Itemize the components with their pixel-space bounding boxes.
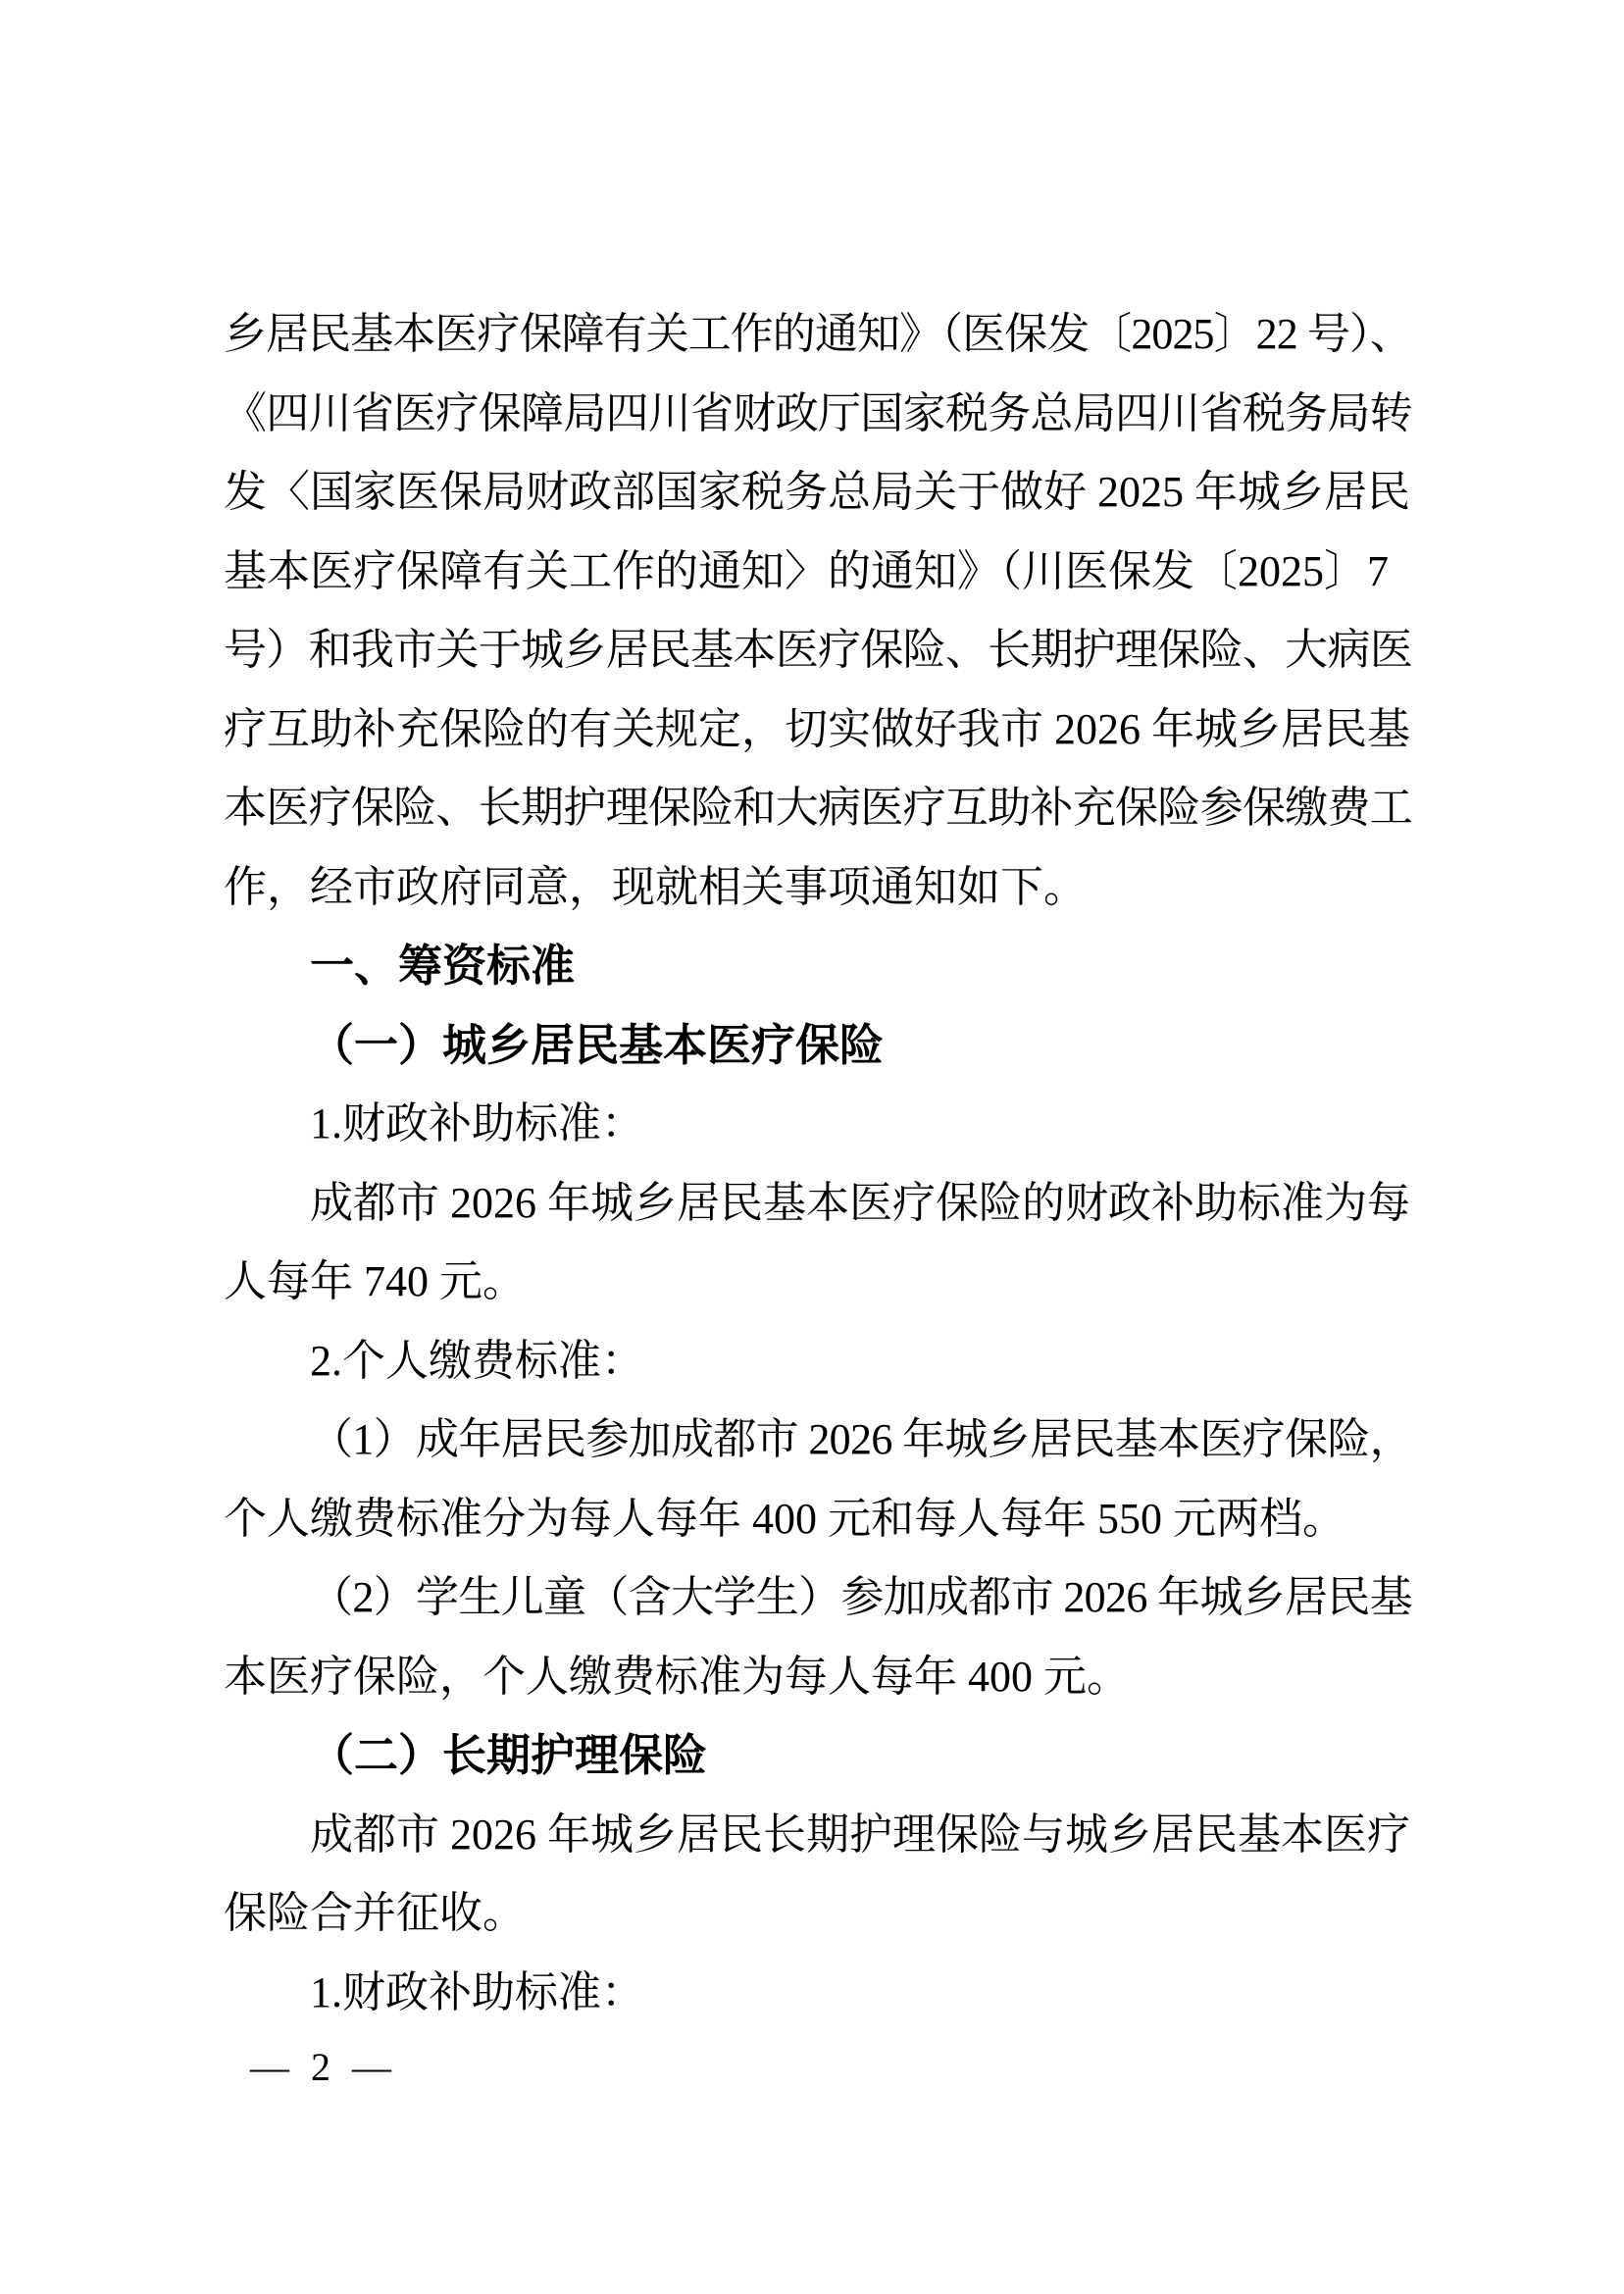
body-line: 保险合并征收。: [224, 1874, 1412, 1954]
subsection-heading-longterm-care: （二）长期护理保险: [224, 1716, 1412, 1796]
body-line: 《四川省医疗保障局四川省财政厅国家税务总局四川省税务局转: [224, 375, 1412, 454]
body-line: 个人缴费标准分为每人每年 400 元和每人每年 550 元两档。: [224, 1480, 1412, 1559]
body-line: 成都市 2026 年城乡居民长期护理保险与城乡居民基本医疗: [224, 1796, 1412, 1875]
body-line: 1.财政补助标准：: [224, 1954, 1412, 2033]
page-content: 乡居民基本医疗保障有关工作的通知》（医保发〔2025〕22 号）、 《四川省医疗…: [224, 295, 1412, 2032]
body-line: 人每年 740 元。: [224, 1243, 1412, 1322]
body-line: 号）和我市关于城乡居民基本医疗保险、长期护理保险、大病医: [224, 611, 1412, 690]
page-number: — 2 —: [250, 2045, 397, 2089]
body-line: （1）成年居民参加成都市 2026 年城乡居民基本医疗保险，: [224, 1401, 1412, 1480]
body-line: 发〈国家医保局财政部国家税务总局关于做好 2025 年城乡居民: [224, 453, 1412, 533]
section-heading-funding: 一、筹资标准: [224, 927, 1412, 1006]
body-line: 成都市 2026 年城乡居民基本医疗保险的财政补助标准为每: [224, 1164, 1412, 1244]
body-line: 基本医疗保障有关工作的通知〉的通知》（川医保发〔2025〕7: [224, 533, 1412, 612]
body-line: 乡居民基本医疗保障有关工作的通知》（医保发〔2025〕22 号）、: [224, 295, 1412, 375]
page-footer: — 2 —: [250, 2040, 397, 2095]
document-page: 乡居民基本医疗保障有关工作的通知》（医保发〔2025〕22 号）、 《四川省医疗…: [0, 0, 1624, 2294]
body-line: 2.个人缴费标准：: [224, 1322, 1412, 1402]
body-line: 1.财政补助标准：: [224, 1085, 1412, 1164]
subsection-heading-basic-medical: （一）城乡居民基本医疗保险: [224, 1006, 1412, 1086]
body-line: （2）学生儿童（含大学生）参加成都市 2026 年城乡居民基: [224, 1558, 1412, 1638]
body-line: 作，经市政府同意，现就相关事项通知如下。: [224, 848, 1412, 928]
body-line: 本医疗保险，个人缴费标准为每人每年 400 元。: [224, 1638, 1412, 1717]
body-line: 疗互助补充保险的有关规定，切实做好我市 2026 年城乡居民基: [224, 690, 1412, 770]
body-line: 本医疗保险、长期护理保险和大病医疗互助补充保险参保缴费工: [224, 769, 1412, 848]
